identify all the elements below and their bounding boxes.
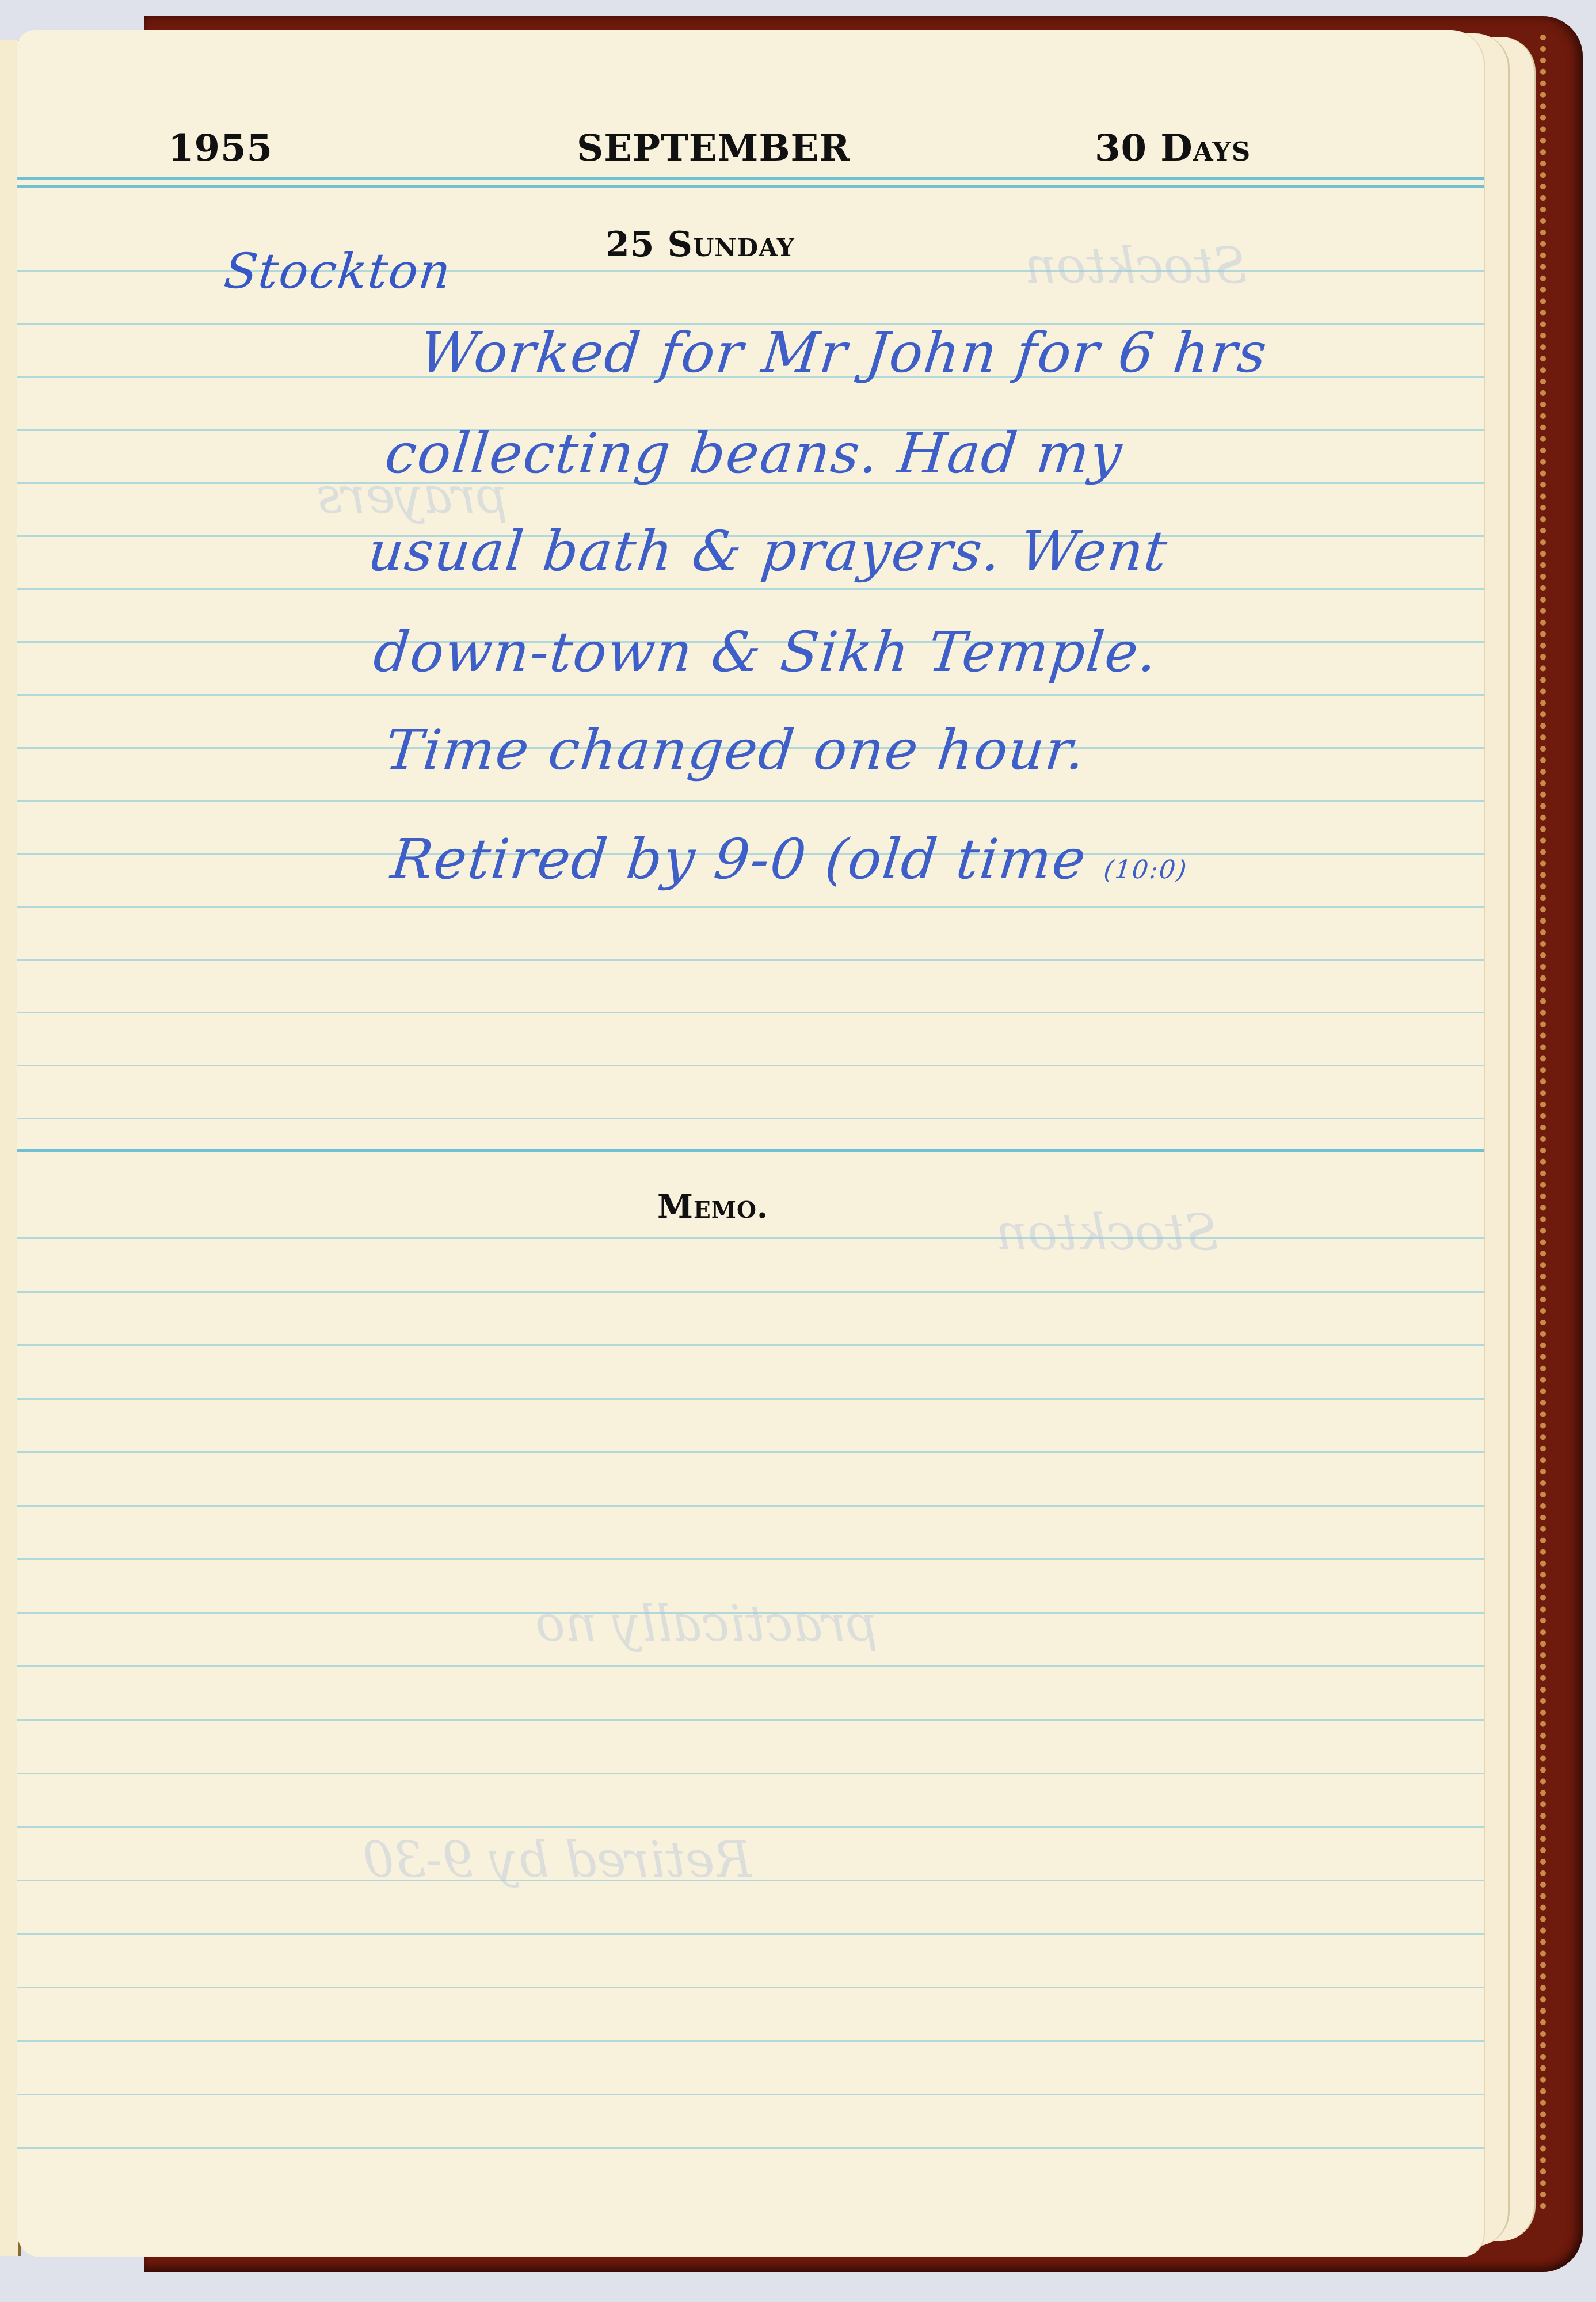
ruled-line [17,1237,1484,1239]
ruled-line [17,1291,1484,1293]
year-label: 1955 [168,127,273,170]
ruled-line [17,2094,1484,2095]
ruled-line [17,906,1484,908]
ruled-line [17,1398,1484,1400]
ruled-line [17,1773,1484,1774]
entry-place: Stockton [222,243,455,299]
entry-line-6: Retired by 9-0 (old time (10:0) [388,827,1192,891]
ruled-line [17,1505,1484,1507]
ruled-line [17,2040,1484,2042]
ruled-line [17,1719,1484,1721]
ruled-line [17,588,1484,590]
month-label: SEPTEMBER [577,127,850,170]
show-through-text: Stockton [996,1204,1218,1261]
entry-line-4: down-town & Sikh Temple. [371,620,1161,684]
ruled-line [17,1987,1484,1988]
entry-line-6-note: (10:0) [1102,855,1189,885]
diary-page: Stockton prayers Stockton practically no… [17,30,1484,2257]
ruled-line [17,1118,1484,1119]
ruled-line [17,1665,1484,1667]
day-heading: 25 Sunday [605,224,795,265]
ruled-line [17,959,1484,961]
entry-line-6-text: Retired by 9-0 (old time [388,827,1090,891]
days-in-month-label: 30 Days [1095,127,1251,170]
ruled-line [17,2147,1484,2149]
cover-stitching [1540,35,1546,2210]
ruled-line [17,800,1484,802]
ruled-line [17,1826,1484,1828]
ruled-line [17,1933,1484,1935]
ruled-line [17,1012,1484,1013]
show-through-text: Retired by 9-30 [363,1831,752,1889]
header-rule-bottom [17,185,1484,188]
memo-heading: Memo. [657,1188,768,1226]
entry-line-2: collecting beans. Had my [382,421,1126,486]
entry-line-1: Worked for Mr John for 6 hrs [417,321,1271,385]
entry-line-3: usual bath & prayers. Went [365,519,1171,584]
show-through-text: Stockton [1024,237,1247,295]
header-rule-top [17,177,1484,180]
entry-line-5: Time changed one hour. [382,718,1089,782]
show-through-text: practically no [535,1595,878,1653]
ruled-line [17,1558,1484,1560]
ruled-line [17,694,1484,696]
ruled-line [17,1344,1484,1346]
memo-separator-rule [17,1149,1484,1152]
ruled-line [17,1451,1484,1453]
ruled-line [17,1065,1484,1066]
